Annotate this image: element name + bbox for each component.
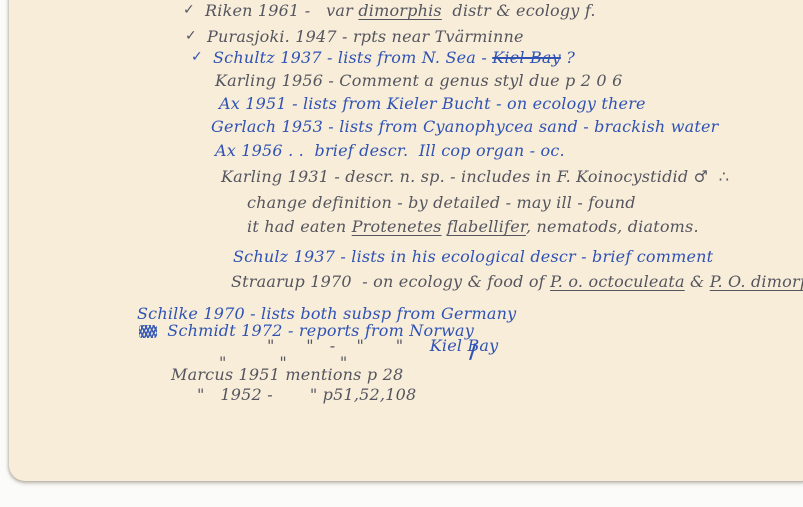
note-line: Ax 1956 . . brief descr. Ill cop organ -… xyxy=(215,142,565,160)
pen-stroke-mark: ∕ xyxy=(469,339,477,363)
note-line: " 1952 - " p51,52,108 xyxy=(197,386,416,404)
note-text: it had eaten xyxy=(247,217,352,236)
note-line: ✓Schultz 1937 - lists from N. Sea - Kiel… xyxy=(213,49,575,67)
note-text: Straarup 1970 - on ecology & food of xyxy=(231,272,550,291)
note-line: ∕ xyxy=(469,340,477,362)
check-icon: ✓ xyxy=(185,29,197,44)
note-text: Kiel Bay xyxy=(430,336,499,355)
note-text: distr & ecology f. xyxy=(442,1,596,20)
note-line: ✓Purasjoki. 1947 - rpts near Tvärminne xyxy=(207,28,524,46)
note-line: change definition - by detailed - may il… xyxy=(247,194,636,212)
note-line: Gerlach 1953 - lists from Cyanophycea sa… xyxy=(211,118,719,136)
note-line: Karling 1931 - descr. n. sp. - includes … xyxy=(221,168,729,186)
note-line: Ax 1951 - lists from Kieler Bucht - on e… xyxy=(219,95,646,113)
check-icon: ✓ xyxy=(191,50,203,65)
check-icon: ✓ xyxy=(183,3,195,18)
note-text: Schultz 1937 - lists from N. Sea - xyxy=(213,48,492,67)
note-text: change definition - by detailed - may il… xyxy=(247,193,636,212)
note-line: ✓Riken 1961 - var dimorphis distr & ecol… xyxy=(205,2,596,20)
note-text: " 1952 - " p51,52,108 xyxy=(197,385,416,404)
note-text: Protenetes xyxy=(352,217,442,236)
note-text: ? xyxy=(561,48,575,67)
note-text: Karling 1931 - descr. n. sp. - includes … xyxy=(221,167,729,186)
note-text: , nematods, diatoms. xyxy=(526,217,699,236)
note-line: Schilke 1970 - lists both subsp from Ger… xyxy=(137,305,516,323)
note-line: Schulz 1937 - lists in his ecological de… xyxy=(233,248,713,266)
note-text: P. o. octoculeata xyxy=(550,272,685,291)
note-line: " " - " " Kiel Bay xyxy=(267,337,498,355)
note-line: it had eaten Protenetes flabellifer, nem… xyxy=(247,218,699,236)
note-text: P. O. dimorphis xyxy=(710,272,803,291)
scribble-mark xyxy=(139,325,157,338)
note-text: Schulz 1937 - lists in his ecological de… xyxy=(233,247,713,266)
note-line: Straarup 1970 - on ecology & food of P. … xyxy=(231,273,803,291)
note-text: Ax 1951 - lists from Kieler Bucht - on e… xyxy=(219,94,646,113)
note-line: Karling 1956 - Comment a genus styl due … xyxy=(215,72,622,90)
note-text: Kiel Bay xyxy=(492,48,561,67)
index-card: ✓Riken 1961 - var dimorphis distr & ecol… xyxy=(9,0,803,481)
note-text: Ax 1956 . . brief descr. Ill cop organ -… xyxy=(215,141,565,160)
note-text: Riken 1961 - var xyxy=(205,1,358,20)
note-text: dimorphis xyxy=(358,1,442,20)
note-line: Marcus 1951 mentions p 28 xyxy=(171,366,403,384)
note-text: Gerlach 1953 - lists from Cyanophycea sa… xyxy=(211,117,719,136)
note-text: flabellifer xyxy=(447,217,526,236)
note-text: Marcus 1951 mentions p 28 xyxy=(171,365,403,384)
note-text: & xyxy=(685,272,710,291)
note-text: Purasjoki. 1947 - rpts near Tvärminne xyxy=(207,27,524,46)
note-text: Karling 1956 - Comment a genus styl due … xyxy=(215,71,622,90)
